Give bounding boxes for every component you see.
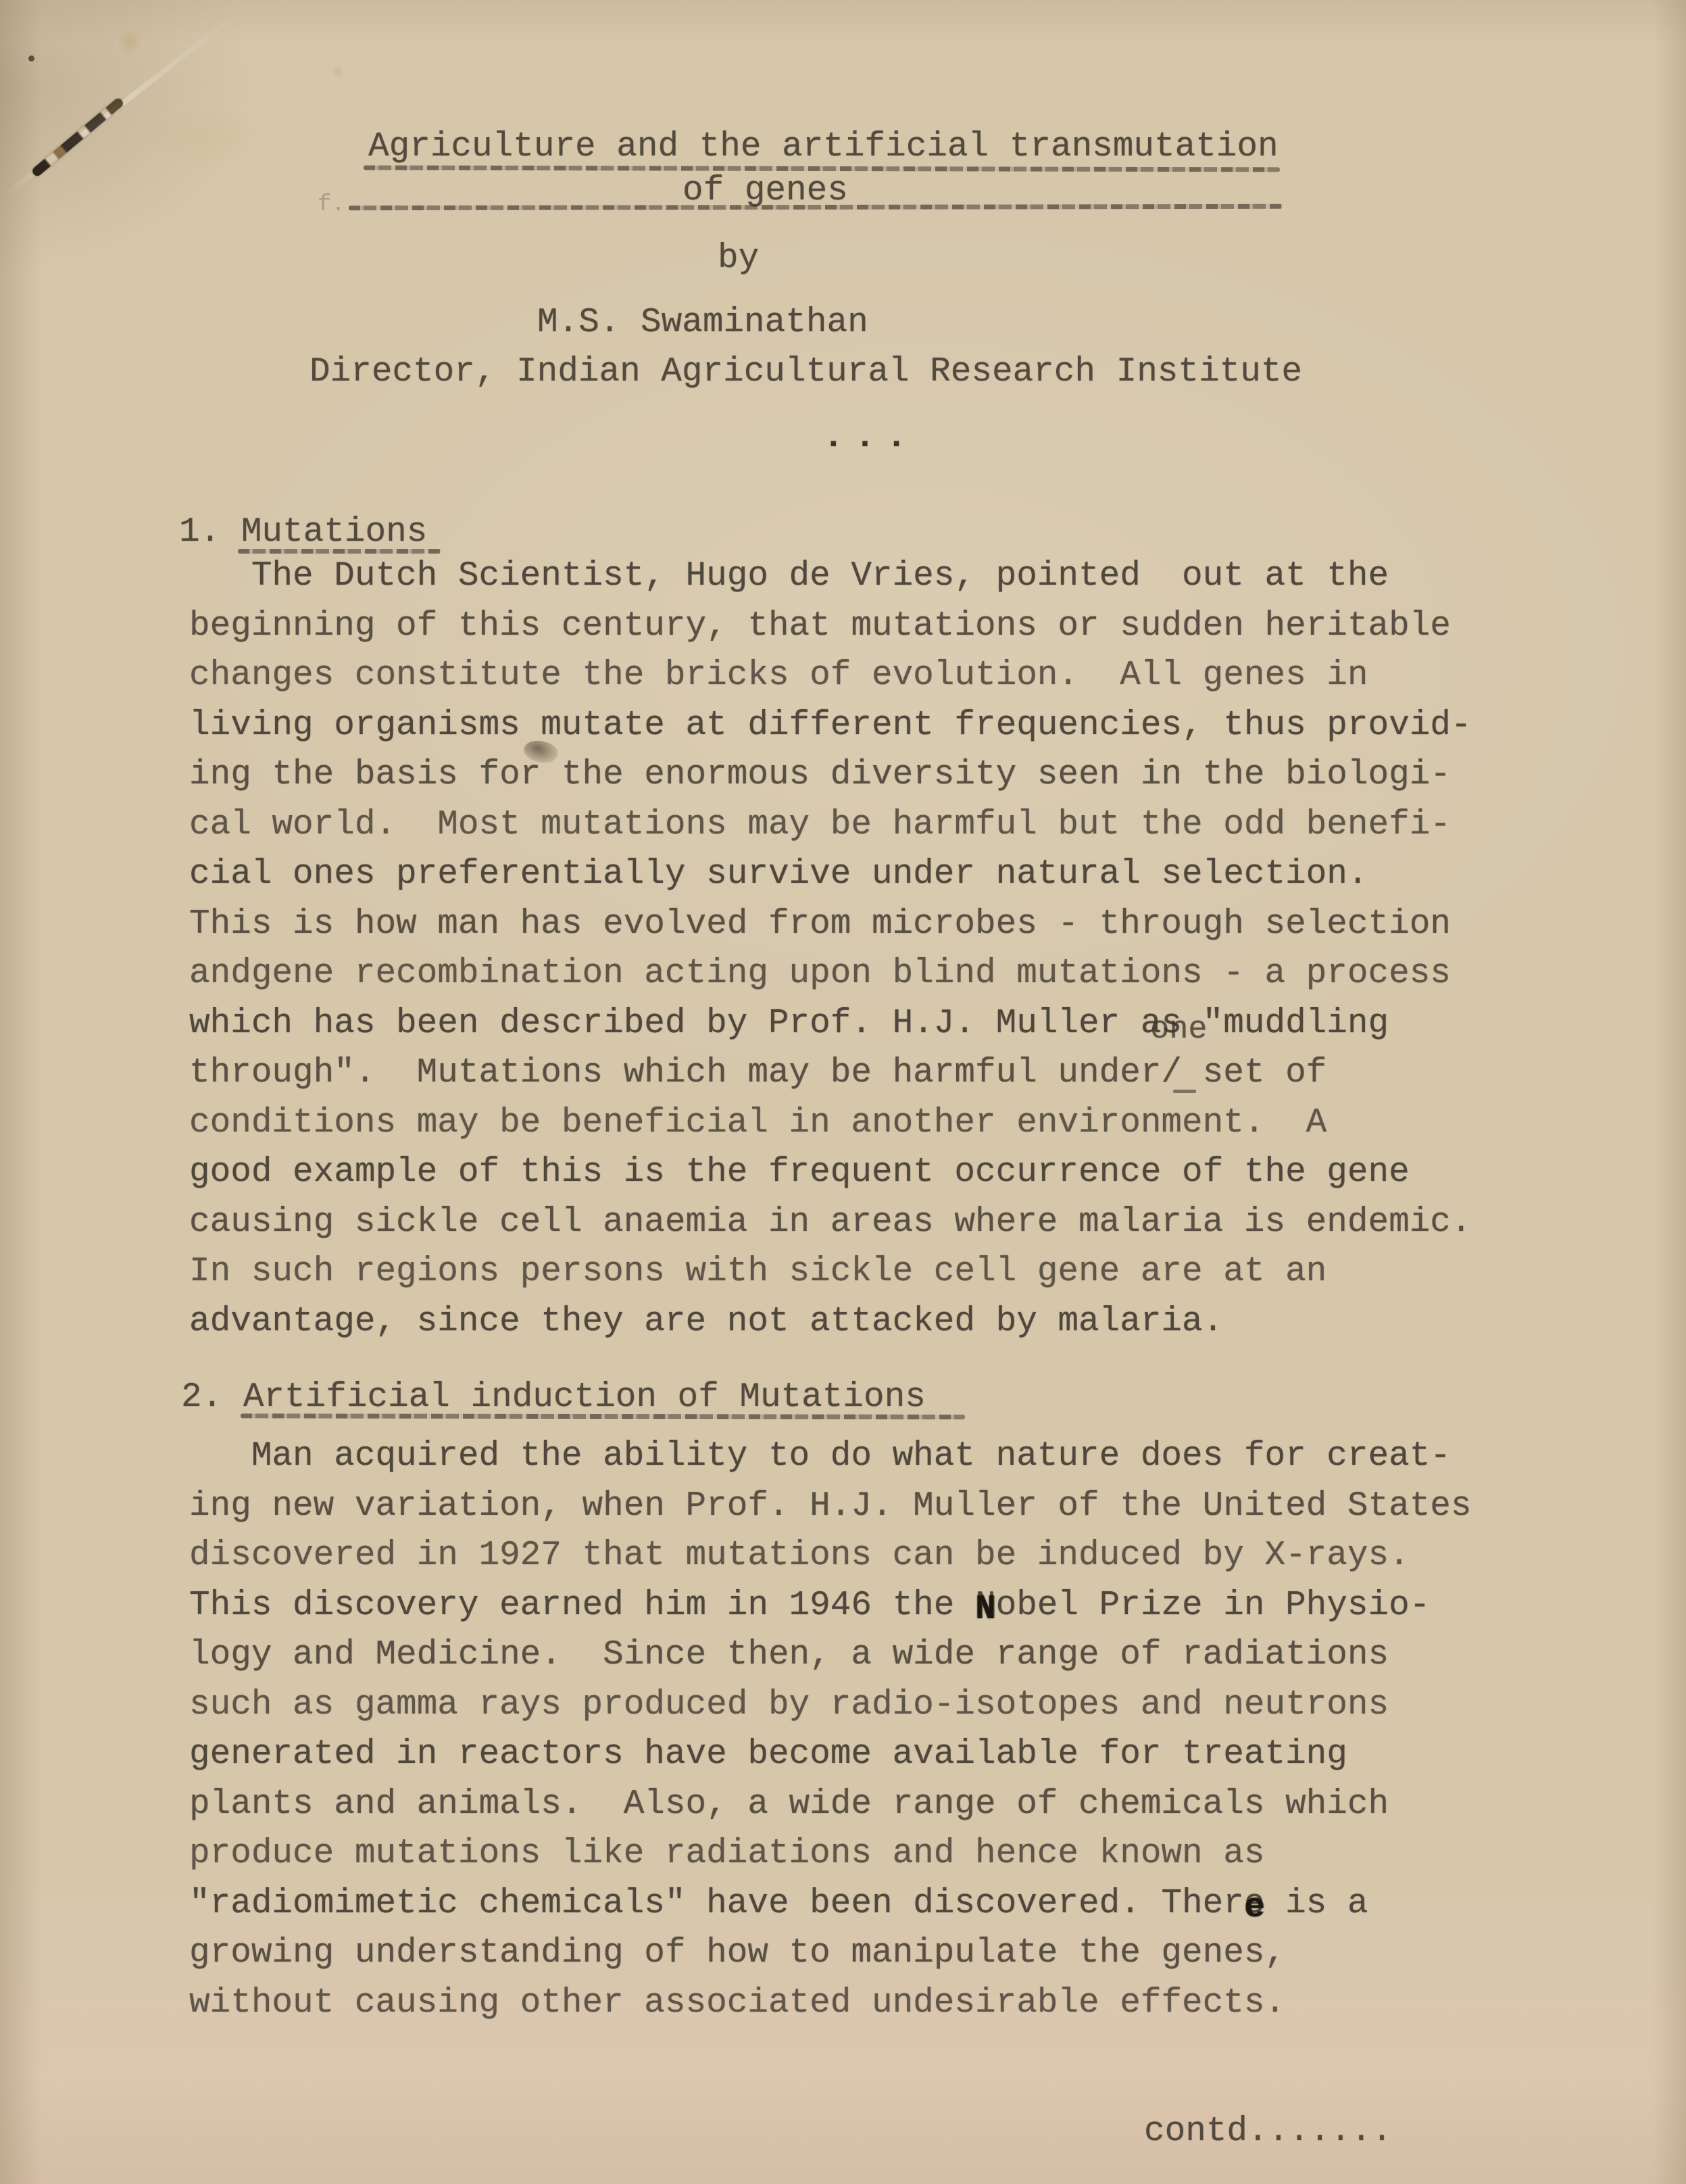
typed-line: logy and Medicine. Since then, a wide ra… (189, 1630, 1472, 1680)
byline: by (718, 241, 759, 276)
overstrike-letter-nobel: N (975, 1593, 996, 1627)
heading-underline-2 (241, 1413, 965, 1419)
typed-line: beginning of this century, that mutation… (189, 602, 1472, 652)
typed-line: In such regions persons with sickle cell… (189, 1247, 1472, 1297)
section-2-spacer (222, 1378, 243, 1417)
document-title-line-1: Agriculture and the artificial transmuta… (368, 130, 1279, 164)
typed-line: such as gamma rays produced by radio-iso… (189, 1680, 1472, 1730)
handwritten-insertion-one: one (1150, 1014, 1208, 1046)
title-underline-2 (349, 204, 1283, 210)
typed-line: living organisms mutate at different fre… (189, 701, 1472, 751)
typed-line: conditions may be beneficial in another … (189, 1098, 1472, 1148)
typed-line: causing sickle cell anaemia in areas whe… (189, 1198, 1472, 1248)
section-1-paragraph: The Dutch Scientist, Hugo de Vries, poin… (189, 552, 1472, 1346)
typed-line: without causing other associated undesir… (189, 1979, 1472, 2029)
section-1-heading: 1. Mutations (179, 515, 427, 550)
typed-line: discovered in 1927 that mutations can be… (189, 1531, 1472, 1581)
typed-line: Man acquired the ability to do what natu… (189, 1432, 1472, 1482)
typed-line: This is how man has evolved from microbe… (189, 900, 1472, 950)
typed-line: plants and animals. Also, a wide range o… (189, 1780, 1472, 1830)
typed-line: good example of this is the frequent occ… (189, 1148, 1472, 1198)
scanned-typewritten-page: Agriculture and the artificial transmuta… (0, 0, 1686, 2184)
typed-line: cal world. Most mutations may be harmful… (189, 800, 1472, 850)
ink-dot (28, 55, 34, 62)
separator-dots: ... (823, 420, 918, 455)
section-2-number: 2. (181, 1378, 222, 1417)
continuation-note: contd....... (1144, 2114, 1392, 2149)
typed-line: "radiomimetic chemicals" have been disco… (189, 1879, 1472, 1929)
typed-line: The Dutch Scientist, Hugo de Vries, poin… (189, 552, 1472, 602)
typed-line: advantage, since they are not attacked b… (189, 1297, 1472, 1347)
section-2-heading: 2. Artificial induction of Mutations (181, 1380, 926, 1415)
typed-line: This discovery earned him in 1946 the No… (189, 1581, 1472, 1631)
typed-line: ing the basis for the enormous diversity… (189, 750, 1472, 800)
overstrike-letter-there: e (1244, 1891, 1265, 1925)
typed-line: andgene recombination acting upon blind … (189, 949, 1472, 999)
ink-blot-streak (30, 97, 124, 178)
section-2-title: Artificial induction of Mutations (243, 1380, 926, 1415)
typed-line: produce mutations like radiations and he… (189, 1829, 1472, 1879)
typed-line: generated in reactors have become availa… (189, 1730, 1472, 1780)
author-name: M.S. Swaminathan (537, 306, 868, 340)
typed-line: cial ones preferentially survive under n… (189, 850, 1472, 900)
affiliation: Director, Indian Agricultural Research I… (309, 355, 1302, 389)
typed-line: through". Mutations which may be harmful… (189, 1048, 1472, 1098)
document-title-line-2: of genes (683, 174, 848, 208)
caret-mark (1173, 1090, 1196, 1093)
typed-line: growing understanding of how to manipula… (189, 1928, 1472, 1979)
typed-line: which has been described by Prof. H.J. M… (189, 999, 1472, 1049)
section-2-paragraph: Man acquired the ability to do what natu… (189, 1432, 1472, 2028)
pencil-mark: f. (318, 193, 345, 216)
section-1-title: Mutations (241, 515, 427, 550)
typed-line: ing new variation, when Prof. H.J. Mulle… (189, 1482, 1472, 1532)
title-underline-1 (364, 166, 1280, 172)
typed-line: changes constitute the bricks of evoluti… (189, 651, 1472, 701)
section-1-number: 1. (179, 513, 220, 552)
section-1-spacer (220, 513, 241, 552)
